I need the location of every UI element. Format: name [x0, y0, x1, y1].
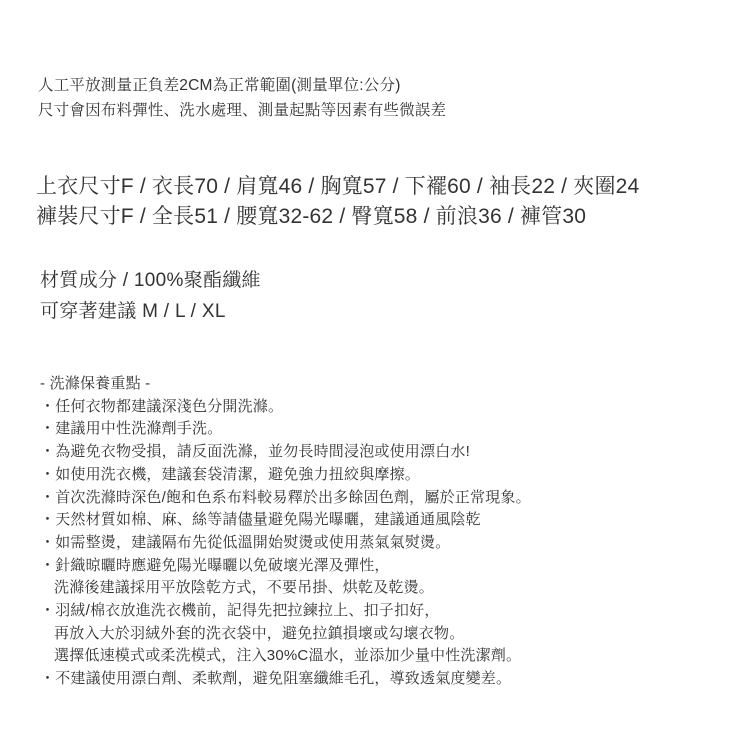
- care-item: ・首次洗滌時深色/飽和色系布料較易釋於出多餘固色劑，屬於正常現象。: [40, 487, 531, 510]
- care-item-continuation: 再放入大於羽絨外套的洗衣袋中，避免拉鎮損壞或勾壞衣物。: [40, 623, 531, 646]
- measurement-note-line-1: 人工平放測量正負差2CM為正常範圍(測量單位:公分): [38, 73, 446, 98]
- material-composition: 材質成分 / 100%聚酯纖維: [40, 266, 261, 297]
- size-spec: 上衣尺寸F / 衣長70 / 肩寬46 / 胸寬57 / 下襬60 / 袖長22…: [36, 172, 639, 231]
- pants-size-spec: 褲裝尺寸F / 全長51 / 腰寬32-62 / 臀寬58 / 前浪36 / 褲…: [36, 202, 639, 232]
- care-item: ・建議用中性洗滌劑手洗。: [40, 418, 531, 441]
- top-garment-size-spec: 上衣尺寸F / 衣長70 / 肩寬46 / 胸寬57 / 下襬60 / 袖長22…: [36, 172, 639, 202]
- care-item: ・針織晾曬時應避免陽光曝曬以免破壞光澤及彈性，: [40, 555, 531, 578]
- care-item: ・如需整燙，建議隔布先從低溫開始熨燙或使用蒸氣氣熨燙。: [40, 532, 531, 555]
- care-heading: - 洗滌保養重點 -: [40, 373, 531, 396]
- care-item-continuation: 選擇低速模式或柔洗模式，注入30%C溫水，並添加少量中性洗潔劑。: [40, 645, 531, 668]
- wear-suggestion: 可穿著建議 M / L / XL: [40, 297, 261, 328]
- care-instructions: - 洗滌保養重點 - ・任何衣物都建議深淺色分開洗滌。 ・建議用中性洗滌劑手洗。…: [40, 373, 531, 691]
- measurement-note-line-2: 尺寸會因布料彈性、洗水處理、測量起點等因素有些微誤差: [38, 98, 446, 123]
- material-info: 材質成分 / 100%聚酯纖維 可穿著建議 M / L / XL: [40, 266, 261, 327]
- care-item-continuation: 洗滌後建議採用平放陰乾方式，不要吊掛、烘乾及乾燙。: [40, 577, 531, 600]
- care-item: ・不建議使用漂白劑、柔軟劑，避免阻塞纖維毛孔，導致透氣度變差。: [40, 668, 531, 691]
- care-item: ・羽絨/棉衣放進洗衣機前，記得先把拉鍊拉上、扣子扣好，: [40, 600, 531, 623]
- measurement-note: 人工平放測量正負差2CM為正常範圍(測量單位:公分) 尺寸會因布料彈性、洗水處理…: [38, 73, 446, 123]
- care-item: ・如使用洗衣機，建議套袋清潔，避免強力扭絞與摩擦。: [40, 464, 531, 487]
- care-item: ・為避免衣物受損，請反面洗滌，並勿長時間浸泡或使用漂白水!: [40, 441, 531, 464]
- care-item: ・任何衣物都建議深淺色分開洗滌。: [40, 396, 531, 419]
- care-item: ・天然材質如棉、麻、絲等請儘量避免陽光曝曬，建議通通風陰乾: [40, 509, 531, 532]
